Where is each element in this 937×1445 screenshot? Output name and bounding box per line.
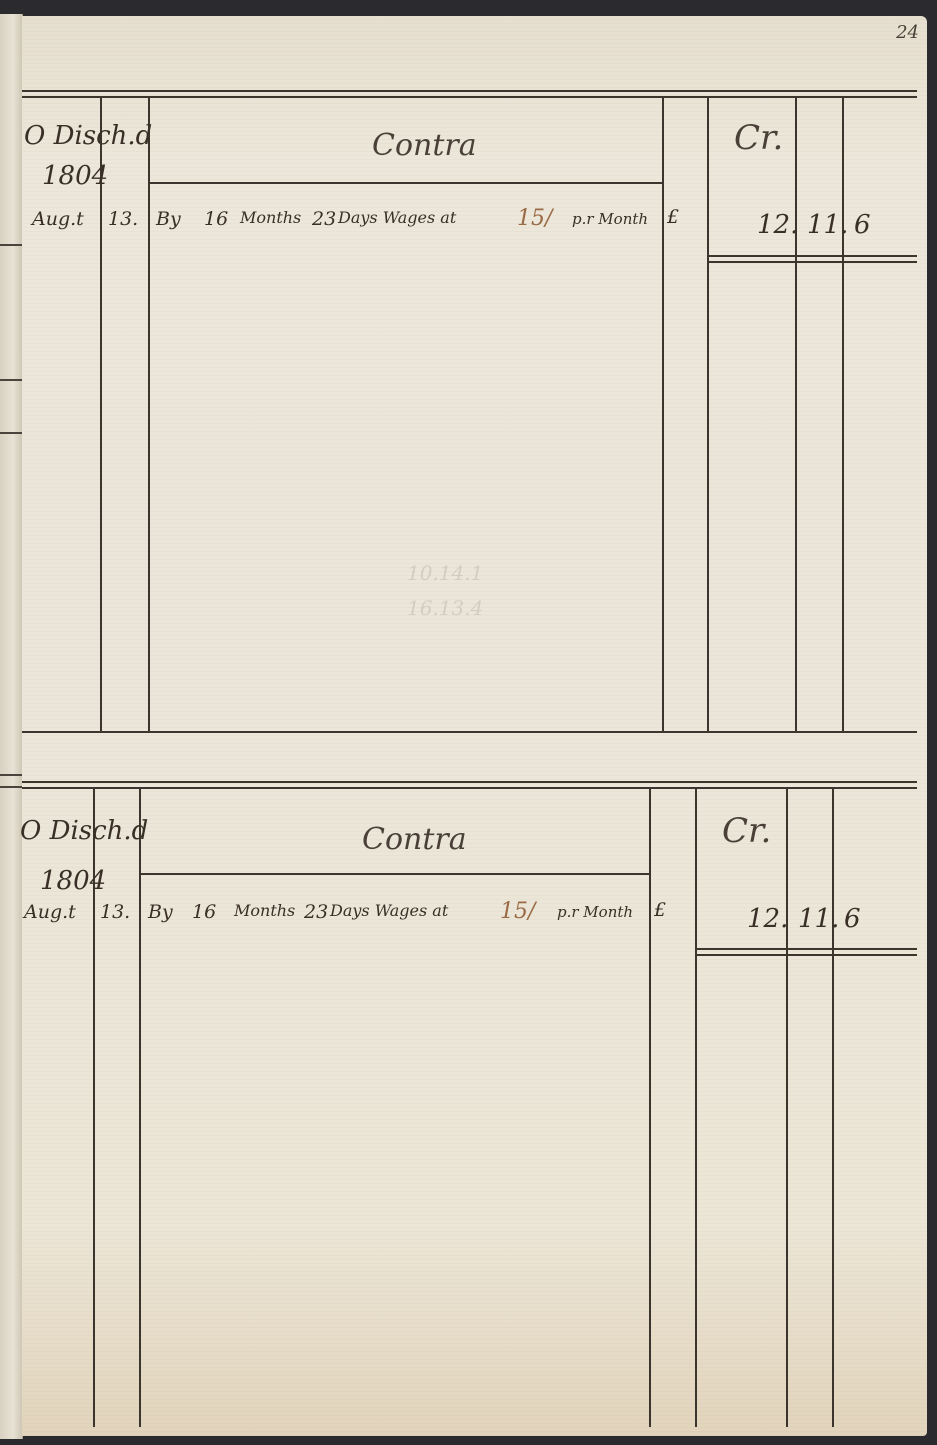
entry-month: Aug.t <box>32 208 84 230</box>
facing-page-edge <box>0 14 23 1439</box>
top-double-rule <box>22 90 917 92</box>
entry-months: 16 <box>192 901 216 923</box>
facing-page-rule <box>0 786 22 788</box>
entry-day: 13. <box>100 901 130 923</box>
entry-days-label: Days Wages at <box>338 208 456 227</box>
column-rule <box>148 96 150 731</box>
page-number: 24 <box>896 22 919 43</box>
column-rule <box>139 787 141 1427</box>
total-rule <box>707 261 917 263</box>
entry-days: 23 <box>312 208 336 230</box>
top-double-rule <box>22 781 917 783</box>
credit-heading: Cr. <box>722 811 771 851</box>
entry-rate: 15/ <box>517 206 552 231</box>
top-double-rule <box>22 96 917 98</box>
amount-pence: 6 <box>844 904 861 934</box>
entry-prefix: By <box>148 901 173 923</box>
entry-rate-unit: p.r Month <box>572 210 648 228</box>
entry-months-label: Months <box>234 901 295 920</box>
facing-page-rule <box>0 432 22 434</box>
currency-symbol: £ <box>667 206 679 228</box>
column-rule <box>842 96 844 731</box>
column-rule <box>707 96 709 731</box>
heading-underline <box>139 873 649 875</box>
column-rule <box>662 96 664 731</box>
status-discharged: O Disch.d <box>24 121 152 151</box>
currency-symbol: £ <box>654 899 666 921</box>
entry-rate: 15/ <box>500 899 535 924</box>
column-rule <box>832 787 834 1427</box>
top-double-rule <box>22 787 917 789</box>
amount-pounds: 12. <box>747 904 788 934</box>
amount-shillings: 11. <box>798 904 839 934</box>
credit-heading: Cr. <box>734 118 783 158</box>
heading-underline <box>148 182 662 184</box>
total-rule <box>707 255 917 257</box>
total-rule <box>695 954 917 956</box>
amount-pence: 6 <box>854 210 871 240</box>
entry-year: 1804 <box>42 161 108 191</box>
entry-months-label: Months <box>240 208 301 227</box>
bleed-through-text: 10.14.1 <box>407 561 483 585</box>
entry-day: 13. <box>108 208 138 230</box>
column-rule <box>795 96 797 731</box>
entry-days-label: Days Wages at <box>330 901 448 920</box>
amount-pounds: 12. <box>757 210 798 240</box>
facing-page-rule <box>0 774 22 776</box>
ledger-page: 24 10.14.1 16.13.4 O Disch.d 1804 Aug.t … <box>22 16 927 1436</box>
facing-page-rule <box>0 379 22 381</box>
total-rule <box>695 948 917 950</box>
entry-month: Aug.t <box>24 901 76 923</box>
column-rule <box>100 96 102 731</box>
contra-heading: Contra <box>372 128 477 163</box>
entry-prefix: By <box>156 208 181 230</box>
status-discharged: O Disch.d <box>20 816 148 846</box>
entry-year: 1804 <box>40 866 106 896</box>
amount-shillings: 11. <box>807 210 848 240</box>
entry-months: 16 <box>204 208 228 230</box>
bleed-through-text: 16.13.4 <box>407 596 483 620</box>
column-rule <box>649 787 651 1427</box>
column-rule <box>786 787 788 1427</box>
entry-days: 23 <box>304 901 328 923</box>
section-bottom-rule <box>22 731 917 733</box>
facing-page-rule <box>0 244 22 246</box>
entry-rate-unit: p.r Month <box>557 903 633 921</box>
column-rule <box>695 787 697 1427</box>
contra-heading: Contra <box>362 822 467 857</box>
